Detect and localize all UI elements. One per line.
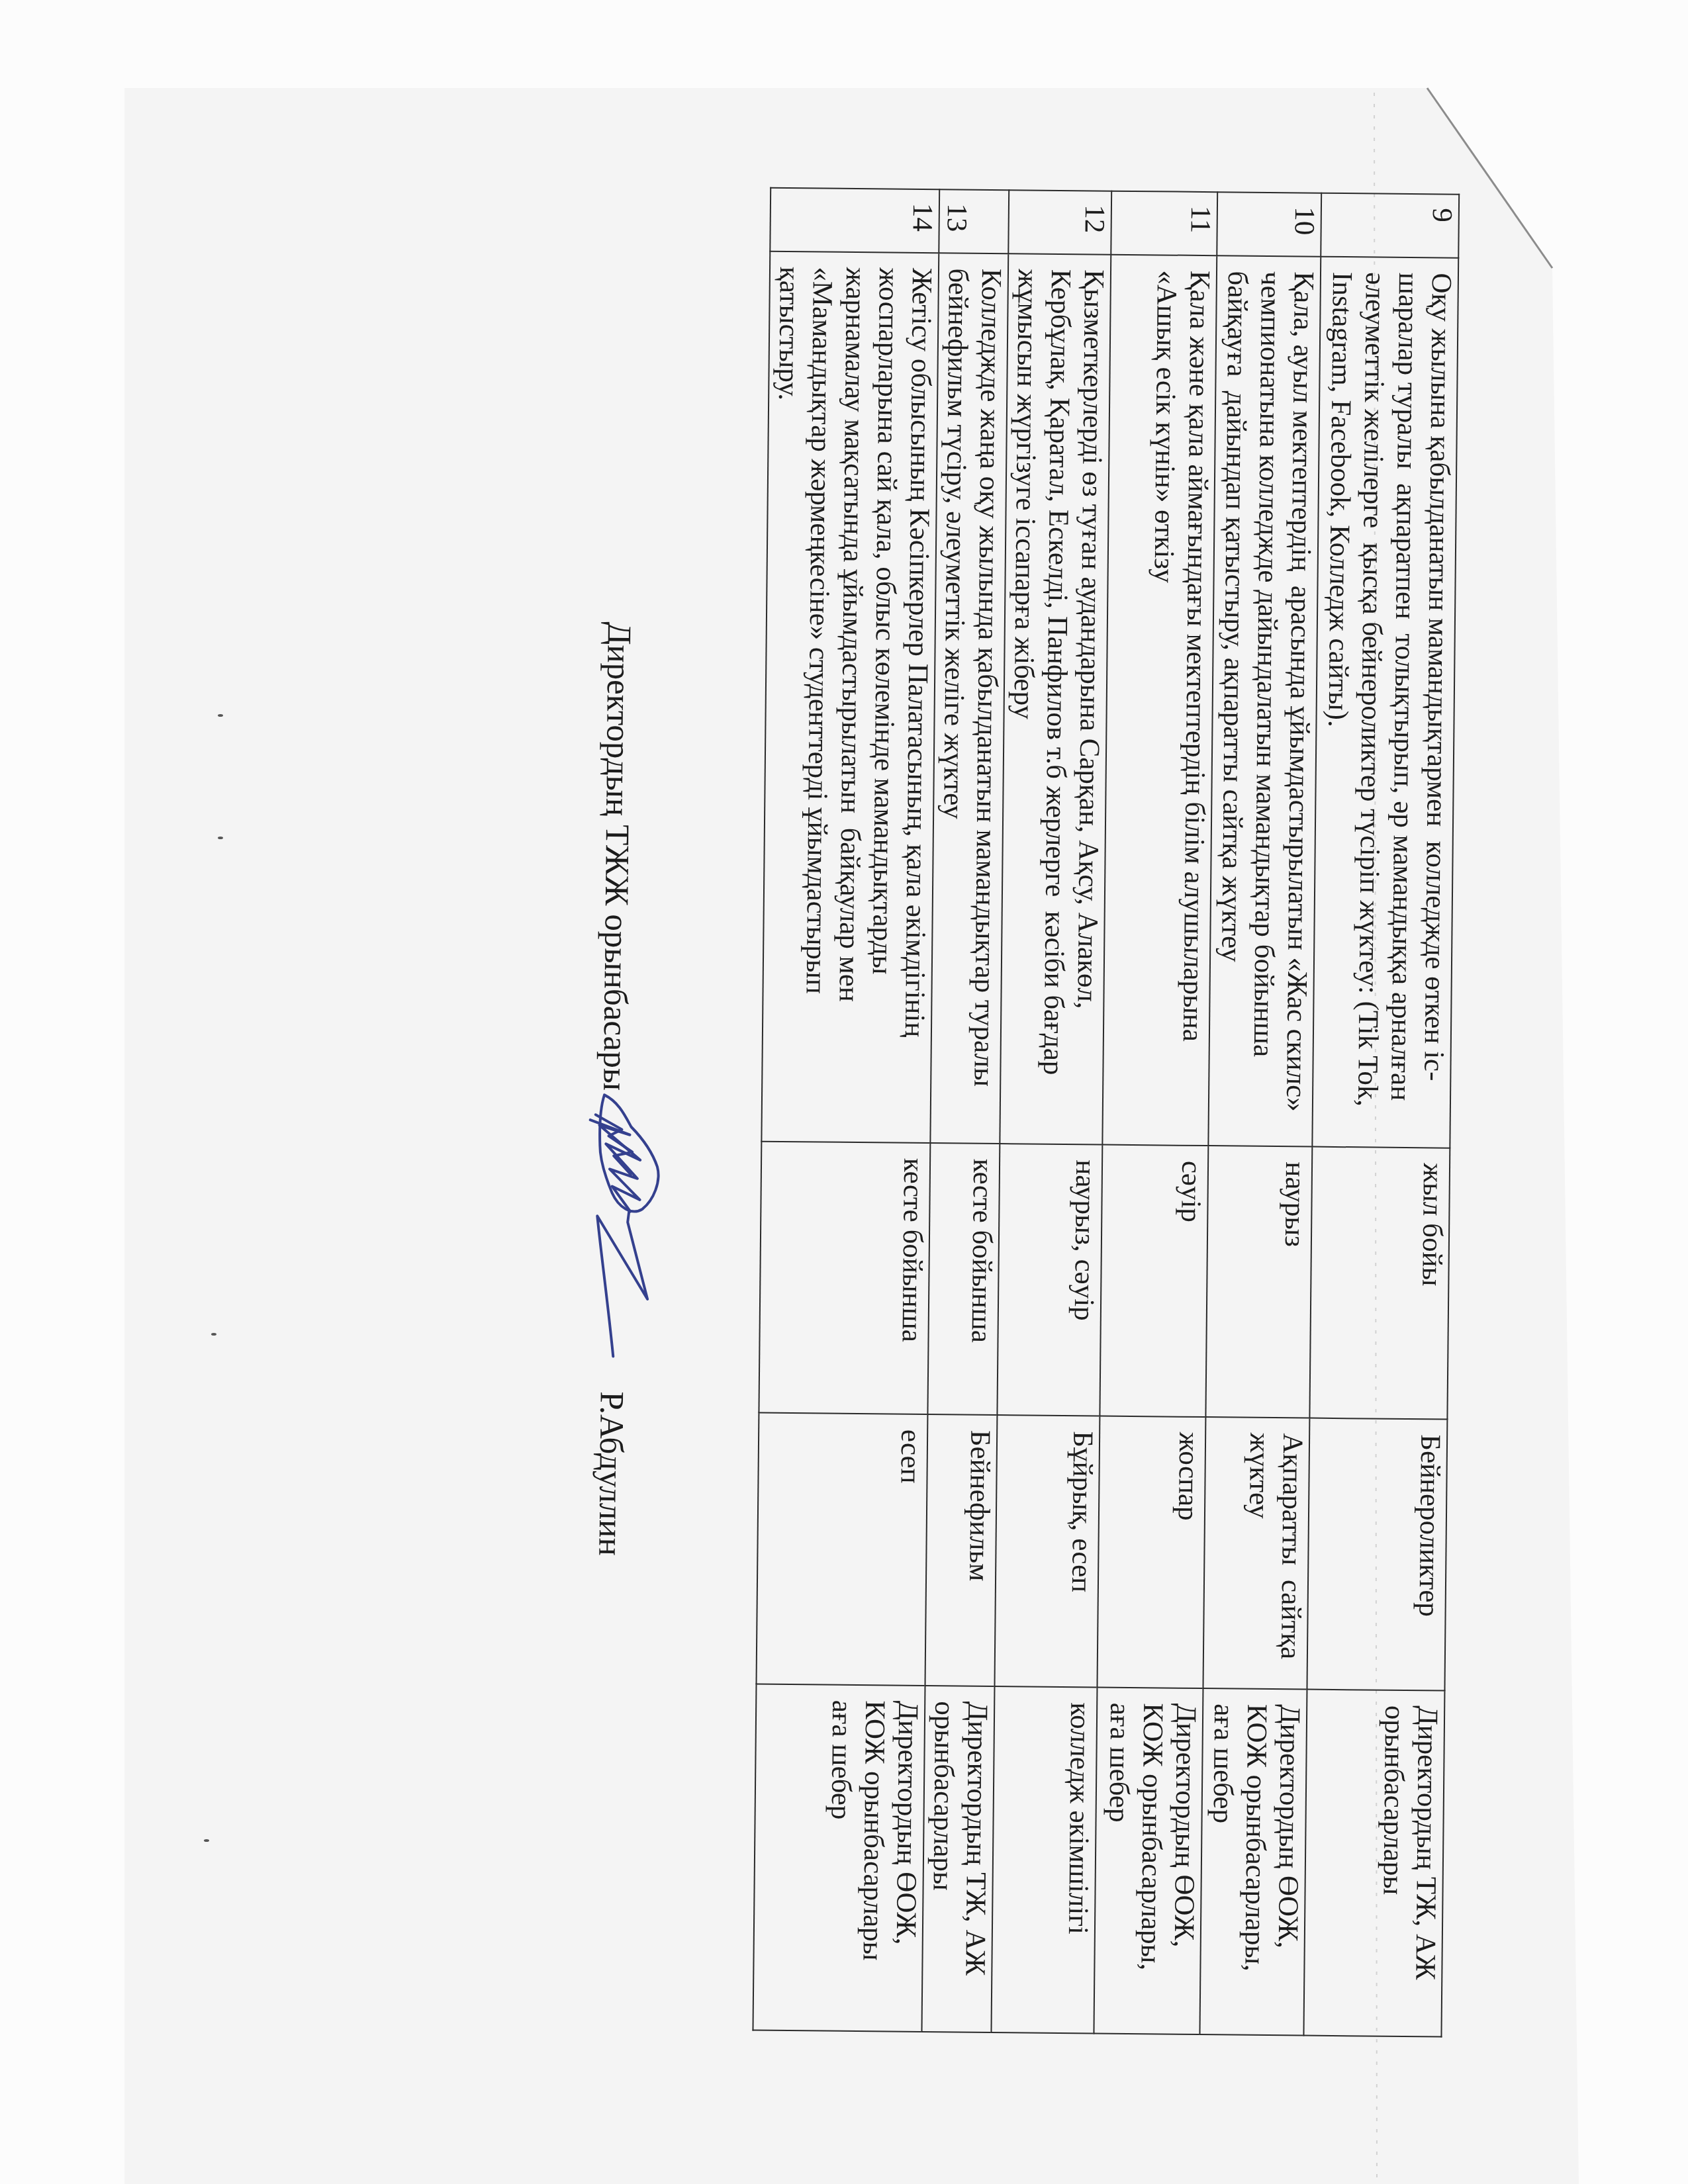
table-row: 10 Қала, ауыл мектептердің арасында ұйым… bbox=[1199, 192, 1321, 2035]
signatory-position: Директордың ТЖЖ орынбасары bbox=[595, 621, 637, 1091]
responsible: Директордың ТЖ, АЖ орынбасарлары bbox=[921, 1686, 994, 2032]
responsible: Директордың ӨОЖ, КОЖ орынбасарлары аға ш… bbox=[753, 1684, 925, 2032]
responsible: Директордың ӨОЖ, КОЖ орынбасарлары, аға … bbox=[1199, 1688, 1307, 2035]
responsible: колледж әкімшілігі bbox=[991, 1686, 1097, 2033]
signature-hatch-inner bbox=[595, 1115, 633, 1175]
responsible: Директордың ӨОЖ, КОЖ орынбасарлары, аға … bbox=[1094, 1688, 1203, 2035]
expected-result: Бейнероликтер bbox=[1307, 1418, 1447, 1691]
plan-table: 9 Оқу жылына қабылданатын мамандықтармен… bbox=[752, 187, 1460, 2038]
table-row: 14 Жетісу облысының Кәсіпкерлер Палатасы… bbox=[753, 188, 939, 2032]
row-number: 13 bbox=[939, 189, 1009, 253]
responsible: Директордың ТЖ, АЖ орынбасарлары bbox=[1303, 1690, 1444, 2037]
expected-result: жоспар bbox=[1097, 1416, 1205, 1689]
expected-result: Бұйрық, есеп bbox=[994, 1415, 1100, 1687]
timeline: кесте бойынша bbox=[759, 1142, 930, 1414]
table-row: 9 Оқу жылына қабылданатын мамандықтармен… bbox=[1303, 193, 1459, 2037]
event-description: Колледжде жаңа оқу жылында қабылданатын … bbox=[930, 253, 1008, 1144]
signatory-name: Р.Абдуллин bbox=[590, 1391, 630, 1556]
expected-result: Ақпаратты сайтқа жүктеу bbox=[1203, 1417, 1309, 1689]
timeline: наурыз bbox=[1205, 1146, 1312, 1418]
timeline: наурыз, сәуір bbox=[997, 1144, 1102, 1416]
timeline: жыл бойы bbox=[1309, 1147, 1450, 1420]
signature-hatch bbox=[589, 1120, 640, 1212]
timeline: кесте бойынша bbox=[927, 1143, 1000, 1415]
signature-loop bbox=[599, 1095, 659, 1211]
timeline: сәуір bbox=[1100, 1145, 1208, 1418]
event-description: Жетісу облысының Кәсіпкерлер Палатасының… bbox=[761, 251, 939, 1143]
row-number: 14 bbox=[770, 188, 939, 253]
document-page: 9 Оқу жылына қабылданатын мамандықтармен… bbox=[0, 0, 1688, 2184]
event-description: Қала және қала аймағындағы мектептердің … bbox=[1102, 255, 1217, 1146]
expected-result: есеп bbox=[757, 1413, 928, 1686]
event-description: Қала, ауыл мектептердің арасында ұйымдас… bbox=[1208, 255, 1321, 1146]
signature-tail bbox=[596, 1210, 648, 1357]
row-number: 9 bbox=[1321, 193, 1459, 258]
table-row: 11 Қала және қала аймағындағы мектептерд… bbox=[1094, 191, 1217, 2034]
table-row: 12 Қызметкерлерді өз туған аудандарына С… bbox=[991, 190, 1111, 2033]
event-description: Қызметкерлерді өз туған аудандарына Сарқ… bbox=[1000, 253, 1111, 1144]
row-number: 11 bbox=[1111, 191, 1217, 256]
expected-result: Бейнефильм bbox=[925, 1414, 997, 1686]
event-description: Оқу жылына қабылданатын мамандықтармен к… bbox=[1312, 257, 1458, 1148]
row-number: 12 bbox=[1008, 190, 1111, 254]
row-number: 10 bbox=[1217, 192, 1321, 257]
